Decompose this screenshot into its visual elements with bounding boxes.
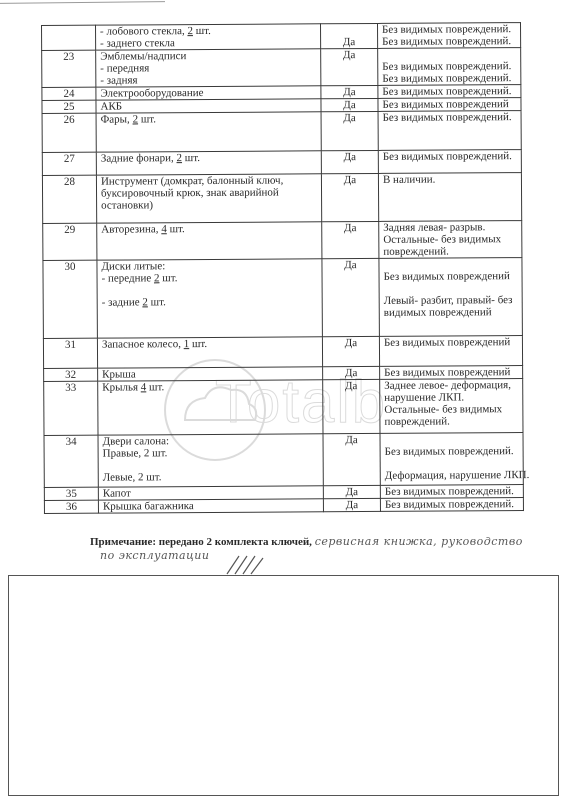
row-number: 32	[44, 368, 98, 381]
condition: Без видимых повреждений.	[378, 111, 521, 151]
note-handwritten-line2: по эксплуатации	[100, 549, 209, 562]
row-number: 36	[44, 500, 98, 513]
row-number	[42, 25, 96, 50]
item-name: Инструмент (домкрат, балонный ключ,букси…	[96, 174, 321, 223]
condition: Без видимых повреждений.	[378, 85, 521, 99]
presence-mark: Да	[321, 48, 378, 85]
presence-mark: Да	[322, 258, 379, 336]
row-number: 25	[42, 100, 96, 113]
row-number: 31	[43, 338, 97, 368]
table-row: 33Крылья 4 шт.ДаЗаднее левое- деформация…	[44, 379, 523, 436]
row-number: 33	[44, 381, 98, 435]
item-name: Диски литые:- передние 2 шт. - задние 2 …	[97, 259, 322, 338]
condition: Без видимых повреждений	[378, 98, 521, 112]
presence-mark: Да	[323, 379, 380, 433]
condition: Без видимых повреждений	[380, 366, 523, 380]
item-name: Авторезина, 4 шт.	[97, 222, 322, 260]
presence-mark: Да	[321, 111, 378, 150]
row-number: 29	[43, 223, 97, 260]
blank-box	[8, 575, 559, 796]
presence-mark: Да	[323, 498, 380, 511]
condition: Без видимых повреждений.Без видимых повр…	[378, 48, 521, 86]
condition: Задняя левая- разрыв.Остальные- без види…	[379, 221, 522, 259]
presence-mark: Да	[323, 485, 380, 498]
presence-mark: Да	[322, 221, 379, 258]
item-name: Крышка багажника	[98, 499, 323, 513]
table-row: 30Диски литые:- передние 2 шт. - задние …	[43, 258, 522, 339]
item-name: Запасное колесо, 1 шт.	[97, 337, 322, 368]
presence-mark: Да	[323, 433, 380, 485]
row-number: 35	[44, 487, 98, 500]
inspection-table: - лобового стекла, 2 шт.- заднего стекла…	[41, 22, 524, 514]
item-name: Эмблемы/надписи- передняя- задняя	[96, 49, 321, 87]
condition: Без видимых повреждений.	[380, 498, 523, 512]
item-name: Двери салона:Правые, 2 шт. Левые, 2 шт.	[98, 434, 323, 487]
item-name: Крылья 4 шт.	[98, 380, 323, 435]
condition: Без видимых повреждений.	[378, 150, 521, 174]
row-number: 34	[44, 435, 98, 487]
note: Примечание: передано 2 комплекта ключей,…	[90, 535, 560, 549]
row-number: 28	[42, 175, 96, 223]
condition: Без видимых повреждений Левый- разбит, п…	[379, 258, 522, 337]
presence-mark: Да	[322, 336, 379, 366]
table-row: 29Авторезина, 4 шт.ДаЗадняя левая- разры…	[43, 221, 522, 261]
table-row: 34Двери салона:Правые, 2 шт. Левые, 2 шт…	[44, 433, 523, 488]
condition: Заднее левое- деформация,нарушение ЛКП.О…	[380, 379, 523, 434]
signature-scribble-icon	[225, 552, 265, 576]
row-number: 30	[43, 260, 97, 338]
condition: Без видимых повреждений.Без видимых повр…	[377, 23, 520, 49]
row-number: 26	[42, 113, 96, 152]
note-printed: Примечание: передано 2 комплекта ключей,	[90, 536, 312, 548]
condition: Без видимых повреждений. Деформация, нар…	[380, 433, 523, 486]
row-number: 23	[42, 50, 96, 87]
item-name: Задние фонари, 2 шт.	[96, 151, 321, 175]
row-number: 24	[42, 87, 96, 100]
note-handwritten-line1: сервисная книжка, руководство	[315, 535, 523, 548]
condition: Без видимых повреждений	[379, 336, 522, 367]
table-row: 28Инструмент (домкрат, балонный ключ,бук…	[42, 173, 521, 224]
item-name: - лобового стекла, 2 шт.- заднего стекла	[96, 24, 321, 50]
table-row: - лобового стекла, 2 шт.- заднего стекла…	[42, 23, 521, 51]
condition: Без видимых повреждений.	[380, 485, 523, 499]
table-row: 31Запасное колесо, 1 шт.ДаБез видимых по…	[43, 336, 522, 369]
presence-mark: Да	[321, 173, 378, 221]
presence-mark: Да	[323, 366, 380, 379]
page-edge-line	[0, 1, 165, 4]
presence-mark: Да	[321, 150, 378, 173]
presence-mark: Да	[321, 85, 378, 98]
presence-mark: Да	[320, 23, 377, 48]
inspection-sheet: - лобового стекла, 2 шт.- заднего стекла…	[41, 22, 524, 514]
table-row: 27Задние фонари, 2 шт.ДаБез видимых повр…	[42, 150, 521, 176]
item-name: Фары, 2 шт.	[96, 112, 321, 152]
presence-mark: Да	[321, 98, 378, 111]
row-number: 27	[42, 152, 96, 175]
table-row: 36Крышка багажникаДаБез видимых поврежде…	[44, 498, 523, 514]
condition: В наличии.	[378, 173, 521, 222]
table-row: 23Эмблемы/надписи- передняя- задняяДа Бе…	[42, 48, 521, 88]
table-row: 26Фары, 2 шт.ДаБез видимых повреждений.	[42, 111, 521, 153]
